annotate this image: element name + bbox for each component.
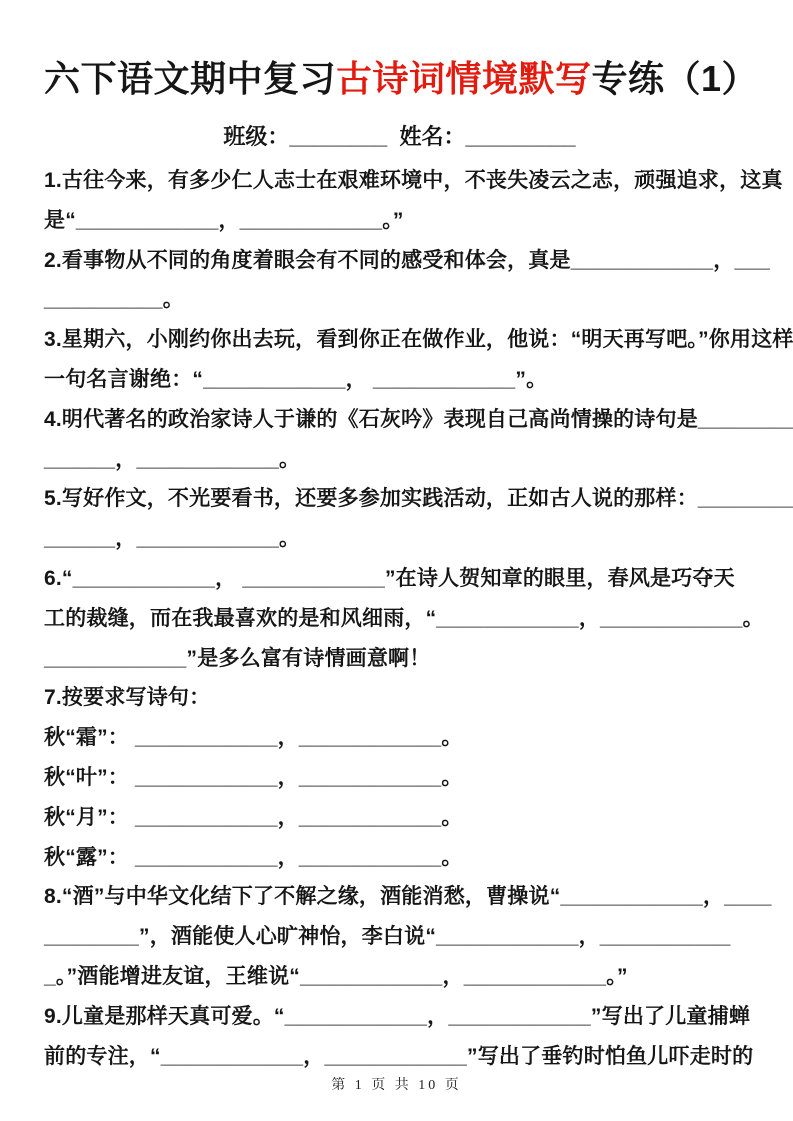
q5-line1: 5.写好作文，不光要看书，还要多参加实践活动，正如古人说的那样：________ — [44, 479, 755, 519]
q4-line2: ______，____________。 — [44, 440, 755, 480]
title-prefix: 六下语文期中复习 — [44, 58, 336, 99]
q7-autumn-moon: 秋“月”： ____________，____________。 — [44, 798, 755, 838]
q6-line1: 6.“____________， ____________”在诗人贺知章的眼里，… — [44, 559, 755, 599]
q9-line1: 9.儿童是那样天真可爱。“____________，____________”写… — [44, 997, 755, 1037]
q3-line2: 一句名言谢绝：“____________， ____________”。 — [44, 360, 755, 400]
page-number-footer: 第 1 页 共 10 页 — [0, 1074, 793, 1094]
title-highlight: 古诗词情境默写 — [336, 58, 592, 99]
q7-heading: 7.按要求写诗句： — [44, 678, 755, 718]
title-suffix: 专练（1） — [592, 58, 759, 99]
q1-line1: 1.古往今来，有多少仁人志士在艰难环境中，不丧失凌云之志，顽强追求，这真 — [44, 161, 755, 201]
q7-autumn-dew: 秋“露”： ____________，____________。 — [44, 838, 755, 878]
q2-line2: __________。 — [44, 280, 755, 320]
worksheet-page: 六下语文期中复习古诗词情境默写专练（1） 班级：________ 姓名：____… — [0, 0, 793, 1121]
student-info-line: 班级：________ 姓名：_________ — [44, 122, 755, 152]
q7-autumn-leaf: 秋“叶”： ____________，____________。 — [44, 758, 755, 798]
q8-line3: _。”酒能增进友谊，王维说“____________，____________。… — [44, 957, 755, 997]
q7-autumn-frost: 秋“霜”： ____________，____________。 — [44, 718, 755, 758]
q5-line2: ______，____________。 — [44, 519, 755, 559]
q8-line1: 8.“酒”与中华文化结下了不解之缘，酒能消愁，曹操说“____________，… — [44, 877, 755, 917]
q9-line2: 前的专注，“____________，____________”写出了垂钓时怕鱼… — [44, 1037, 755, 1077]
worksheet-body: 1.古往今来，有多少仁人志士在艰难环境中，不丧失凌云之志，顽强追求，这真 是“_… — [44, 161, 755, 1076]
page-title: 六下语文期中复习古诗词情境默写专练（1） — [44, 55, 755, 103]
q6-line2: 工的裁缝，而在我最喜欢的是和风细雨，“____________，________… — [44, 599, 755, 639]
q1-line2: 是“____________，____________。” — [44, 201, 755, 241]
q6-line3: ____________”是多么富有诗情画意啊！ — [44, 639, 755, 679]
q3-line1: 3.星期六，小刚约你出去玩，看到你正在做作业，他说：“明天再写吧。”你用这样 — [44, 320, 755, 360]
q8-line2: ________”，酒能使人心旷神怡，李白说“____________，____… — [44, 917, 755, 957]
q4-line1: 4.明代著名的政治家诗人于谦的《石灰吟》表现自己高尚情操的诗句是________ — [44, 400, 755, 440]
q2-line1: 2.看事物从不同的角度着眼会有不同的感受和体会，真是____________，_… — [44, 241, 755, 281]
